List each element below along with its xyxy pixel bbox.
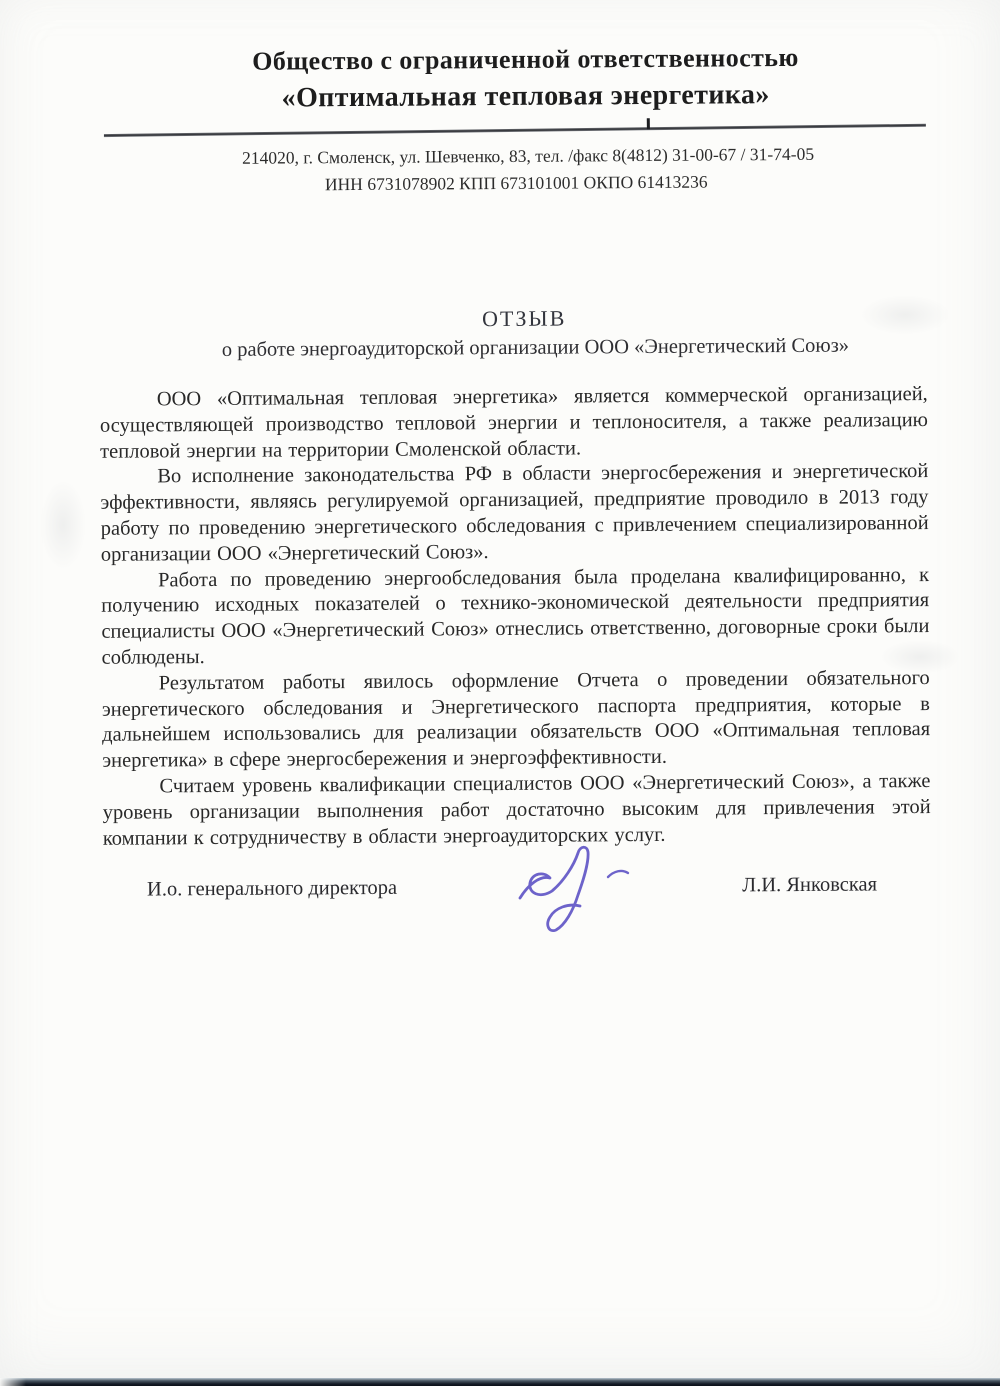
paragraph-1: ООО «Оптимальная тепловая энергетика» яв… [100, 382, 929, 465]
document-subtitle: о работе энергоаудиторской организации О… [121, 334, 949, 363]
scan-smudge [860, 295, 950, 335]
paragraph-3: Работа по проведению энергообследования … [101, 563, 930, 672]
letter-paragraphs: ООО «Оптимальная тепловая энергетика» яв… [100, 382, 931, 852]
scan-smudge [880, 640, 960, 674]
scanned-letter-page: Общество с ограниченной ответственностью… [0, 0, 1000, 1386]
letter-content: Общество с ограниченной ответственностью… [0, 0, 1000, 853]
letterhead: Общество с ограниченной ответственностью… [97, 42, 926, 197]
signer-name: Л.И. Янковская [742, 873, 877, 897]
signature-block: И.о. генерального директора Л.И. Янковск… [97, 873, 925, 902]
paragraph-2: Во исполнение законодательства РФ в обла… [100, 459, 929, 568]
org-type-line: Общество с ограниченной ответственностью [111, 42, 939, 78]
document-title: ОТЗЫВ [110, 303, 938, 335]
org-name-line: «Оптимальная тепловая энергетика» [112, 78, 940, 116]
letter-body: ОТЗЫВ о работе энергоаудиторской организ… [99, 303, 931, 852]
scan-speck [646, 118, 649, 129]
signer-position-label: И.о. генерального директора [147, 877, 397, 902]
codes-line: ИНН 6731078902 КПП 673101001 ОКПО 614132… [102, 170, 930, 197]
scan-smudge [40, 480, 86, 570]
scan-edge-bar [0, 1378, 1000, 1386]
letterhead-rule [104, 124, 926, 137]
address-line: 214020, г. Смоленск, ул. Шевченко, 83, т… [114, 143, 942, 170]
paragraph-4: Результатом работы явилось оформление От… [102, 666, 931, 775]
paragraph-5: Считаем уровень квалификации специалисто… [102, 769, 931, 852]
